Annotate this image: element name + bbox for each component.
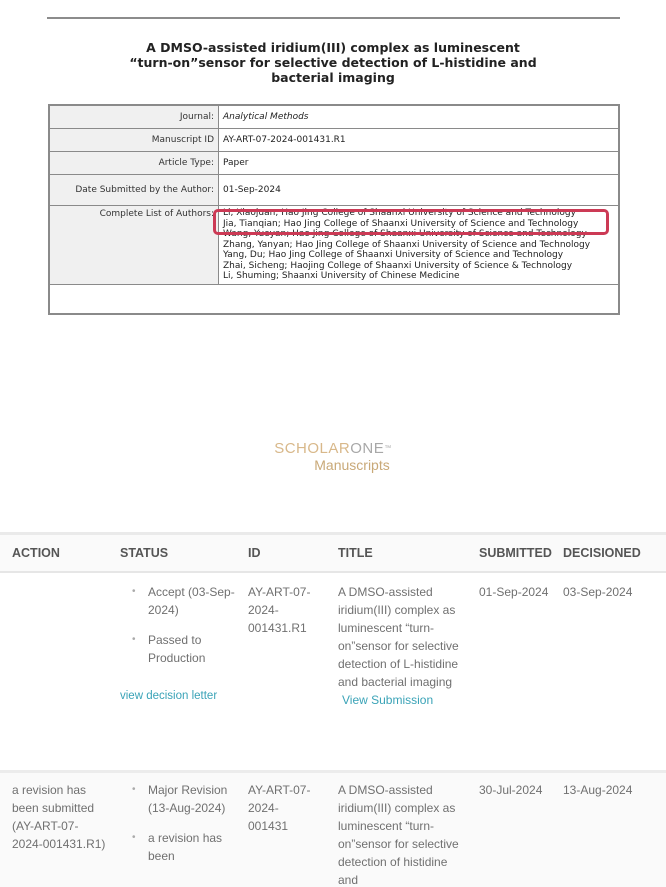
row-id: AY-ART-07-2024-001431 — [238, 781, 324, 887]
row-status: Major Revision (13-Aug-2024) a revision … — [108, 781, 238, 887]
header-submitted[interactable]: SUBMITTED — [465, 546, 555, 560]
row-status: Accept (03-Sep-2024) Passed to Productio… — [108, 583, 238, 770]
blank-cell — [49, 284, 619, 314]
article-type-value: Paper — [219, 152, 620, 175]
author-item: Li, Xiaojuan; Hao Jing College of Shaanx… — [223, 208, 614, 219]
paper-title-line: bacterial imaging — [60, 70, 606, 85]
date-submitted-label: Date Submitted by the Author: — [49, 175, 219, 206]
author-item: Jia, Tianqian; Hao Jing College of Shaan… — [223, 219, 614, 230]
row-title-text: A DMSO-assisted iridium(III) complex as … — [338, 585, 459, 689]
paper-title-line: “turn-on”sensor for selective detection … — [60, 55, 606, 70]
pdf-header-rule — [47, 17, 620, 19]
row-title: A DMSO-assisted iridium(III) complex as … — [324, 583, 465, 770]
journal-label: Journal: — [49, 105, 219, 129]
article-type-label: Article Type: — [49, 152, 219, 175]
view-submission-link[interactable]: View Submission — [342, 691, 433, 709]
row-submitted: 01-Sep-2024 — [465, 583, 555, 770]
submissions-header: ACTION STATUS ID TITLE SUBMITTED DECISIO… — [0, 532, 666, 573]
authors-row: Complete List of Authors: Li, Xiaojuan; … — [49, 206, 619, 285]
row-id: AY-ART-07-2024-001431.R1 — [238, 583, 324, 770]
header-action[interactable]: ACTION — [0, 546, 108, 560]
author-item: Li, Shuming; Shaanxi University of Chine… — [223, 271, 614, 282]
logo-line-1: SCHOLARONE™ — [0, 440, 666, 457]
status-item: a revision has been — [120, 829, 248, 865]
journal-row: Journal: Analytical Methods — [49, 105, 619, 129]
manuscript-info-table: Journal: Analytical Methods Manuscript I… — [48, 104, 620, 315]
article-type-row: Article Type: Paper — [49, 152, 619, 175]
manuscript-id-label: Manuscript ID — [49, 129, 219, 152]
paper-title-line: A DMSO-assisted iridium(III) complex as … — [60, 40, 606, 55]
status-list: Accept (03-Sep-2024) Passed to Productio… — [120, 583, 238, 667]
header-id[interactable]: ID — [238, 546, 324, 560]
status-item: Passed to Production — [120, 631, 248, 667]
row-action: a revision has been submitted (AY-ART-07… — [0, 781, 108, 887]
authors-list: Li, Xiaojuan; Hao Jing College of Shaanx… — [219, 206, 620, 285]
date-submitted-value: 01-Sep-2024 — [219, 175, 620, 206]
header-status[interactable]: STATUS — [108, 546, 238, 560]
author-item: Zhang, Yanyan; Hao Jing College of Shaan… — [223, 240, 614, 251]
logo-trademark: ™ — [384, 445, 392, 452]
authors-label: Complete List of Authors: — [49, 206, 219, 285]
logo-one: ONE — [350, 440, 384, 457]
scholarone-logo: SCHOLARONE™ Manuscripts — [0, 440, 666, 473]
header-title[interactable]: TITLE — [324, 546, 465, 560]
row-submitted: 30-Jul-2024 — [465, 781, 555, 887]
blank-row — [49, 284, 619, 314]
status-list: Major Revision (13-Aug-2024) a revision … — [120, 781, 238, 865]
table-row: a revision has been submitted (AY-ART-07… — [0, 770, 666, 887]
logo-line-2: Manuscripts — [0, 457, 666, 473]
paper-title: A DMSO-assisted iridium(III) complex as … — [60, 40, 606, 85]
logo-scholar: SCHOLAR — [274, 440, 350, 457]
date-submitted-row: Date Submitted by the Author: 01-Sep-202… — [49, 175, 619, 206]
status-item: Major Revision (13-Aug-2024) — [120, 781, 248, 817]
author-item: Yang, Du; Hao Jing College of Shaanxi Un… — [223, 250, 614, 261]
row-decisioned: 13-Aug-2024 — [555, 781, 666, 887]
author-item: Wang, Yueyan; Hao Jing College of Shaanx… — [223, 229, 614, 240]
manuscript-id-row: Manuscript ID AY-ART-07-2024-001431.R1 — [49, 129, 619, 152]
row-title: A DMSO-assisted iridium(III) complex as … — [324, 781, 465, 887]
status-item: Accept (03-Sep-2024) — [120, 583, 248, 619]
header-decisioned[interactable]: DECISIONED — [555, 546, 666, 560]
row-action — [0, 583, 108, 770]
journal-value: Analytical Methods — [219, 105, 620, 129]
view-decision-letter-link[interactable]: view decision letter — [120, 687, 217, 705]
submissions-table: ACTION STATUS ID TITLE SUBMITTED DECISIO… — [0, 532, 666, 887]
author-item: Zhai, Sicheng; Haojing College of Shaanx… — [223, 261, 614, 272]
manuscript-id-value: AY-ART-07-2024-001431.R1 — [219, 129, 620, 152]
table-row: Accept (03-Sep-2024) Passed to Productio… — [0, 573, 666, 770]
row-decisioned: 03-Sep-2024 — [555, 583, 666, 770]
